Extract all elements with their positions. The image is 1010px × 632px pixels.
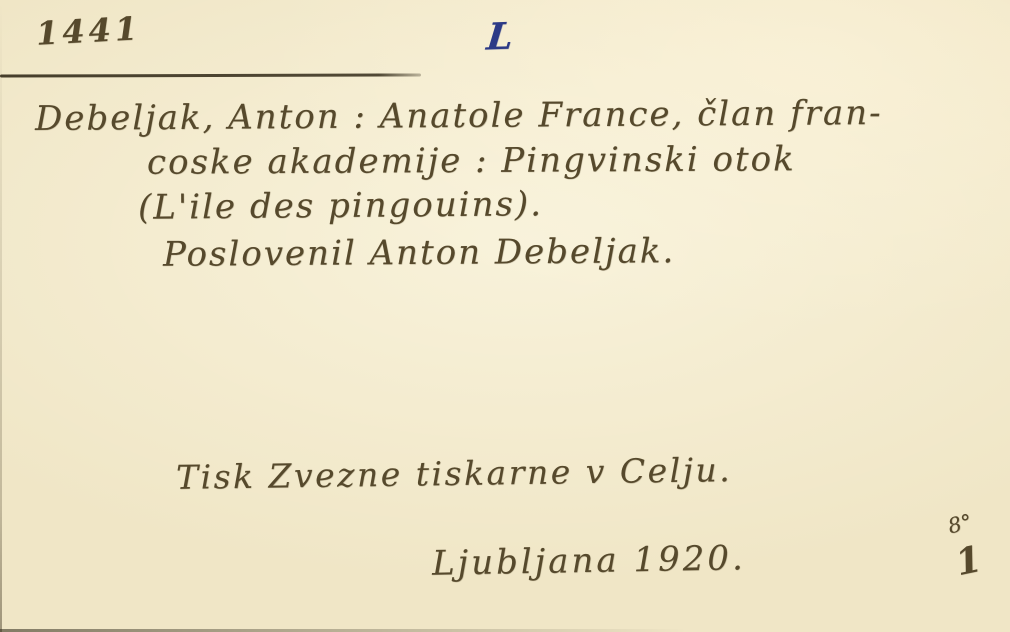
place-date-line: Ljubljana 1920. (432, 538, 746, 583)
entry-line-3: (L'ile des pingouins). (138, 184, 543, 228)
catalog-card: 1441 L Debeljak, Anton : Anatole France,… (0, 0, 1010, 632)
copies-number: 1 (952, 538, 985, 584)
imprint-line: Tisk Zvezne tiskarne v Celju. (176, 450, 733, 497)
header-rule (0, 73, 421, 77)
format-notation: 8° (945, 509, 974, 538)
entry-line-1: Debeljak, Anton : Anatole France, član f… (35, 93, 883, 139)
scan-edge-left (0, 0, 2, 632)
class-mark-blue: L (485, 14, 516, 59)
entry-line-4: Poslovenil Anton Debeljak. (163, 231, 675, 275)
entry-line-2: coske akademije : Pingvinski otok (147, 139, 796, 182)
card-number: 1441 (35, 9, 142, 52)
